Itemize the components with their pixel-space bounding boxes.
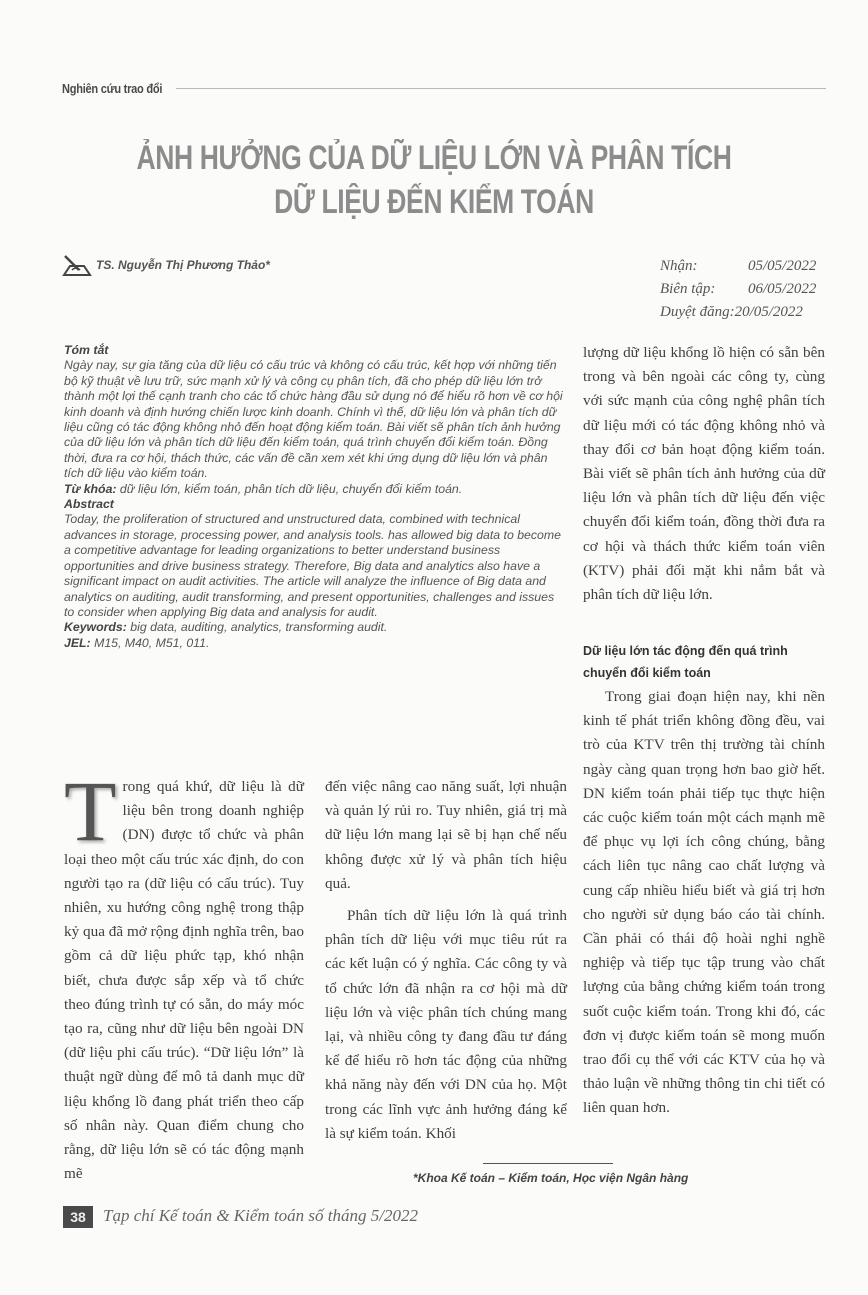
pen-writing-icon — [62, 254, 92, 276]
body-column-left: T rong quá khứ, dữ liệu là dữ liệu bên t… — [64, 775, 304, 1186]
section-header: Nghiên cứu trao đổi — [62, 78, 826, 98]
title-line-1: ẢNH HƯỞNG CỦA DỮ LIỆU LỚN VÀ PHÂN TÍCH — [95, 136, 772, 180]
article-title: ẢNH HƯỞNG CỦA DỮ LIỆU LỚN VÀ PHÂN TÍCH D… — [0, 136, 868, 224]
drop-cap: T — [64, 779, 117, 843]
publication-dates: Nhận: 05/05/2022 Biên tập: 06/05/2022 Du… — [660, 255, 816, 324]
body-column-middle: đến việc nâng cao năng suất, lợi nhuận v… — [325, 775, 567, 1146]
abstract-en-text: Today, the proliferation of structured a… — [64, 512, 564, 620]
journal-name: Tạp chí Kế toán & Kiểm toán số tháng 5/2… — [103, 1206, 418, 1226]
date-approved: Duyệt đăng: 20/05/2022 — [660, 301, 816, 324]
author-name: TS. Nguyễn Thị Phương Thảo* — [96, 258, 270, 272]
author-affiliation-footnote: *Khoa Kế toán – Kiểm toán, Học viện Ngân… — [413, 1171, 688, 1185]
title-line-2: DỮ LIỆU ĐẾN KIỂM TOÁN — [95, 180, 772, 224]
section-label: Nghiên cứu trao đổi — [62, 81, 162, 96]
body-column-right-intro: lượng dữ liệu khổng lồ hiện có sẵn bên t… — [583, 341, 825, 607]
abstract-en-heading: Abstract — [64, 497, 564, 512]
author-byline: TS. Nguyễn Thị Phương Thảo* — [62, 254, 270, 276]
keywords-vn: Từ khóa: dữ liệu lớn, kiểm toán, phân tí… — [64, 482, 564, 497]
section-subheading: Dữ liệu lớn tác động đến quá trình chuyể… — [583, 640, 828, 684]
abstract-vn-text: Ngày nay, sự gia tăng của dữ liệu có cấu… — [64, 358, 564, 481]
body-column-right: Trong giai đoạn hiện nay, khi nền kinh t… — [583, 685, 825, 1121]
date-received: Nhận: 05/05/2022 — [660, 255, 816, 278]
date-edited: Biên tập: 06/05/2022 — [660, 278, 816, 301]
jel-codes: JEL: M15, M40, M51, 011. — [64, 636, 564, 651]
abstract-vn-heading: Tóm tắt — [64, 343, 564, 358]
footnote-divider — [483, 1163, 613, 1164]
page-number: 38 — [63, 1206, 93, 1228]
section-divider — [176, 88, 826, 89]
abstract-block: Tóm tắt Ngày nay, sự gia tăng của dữ liệ… — [64, 343, 564, 651]
keywords-en: Keywords: big data, auditing, analytics,… — [64, 620, 564, 635]
